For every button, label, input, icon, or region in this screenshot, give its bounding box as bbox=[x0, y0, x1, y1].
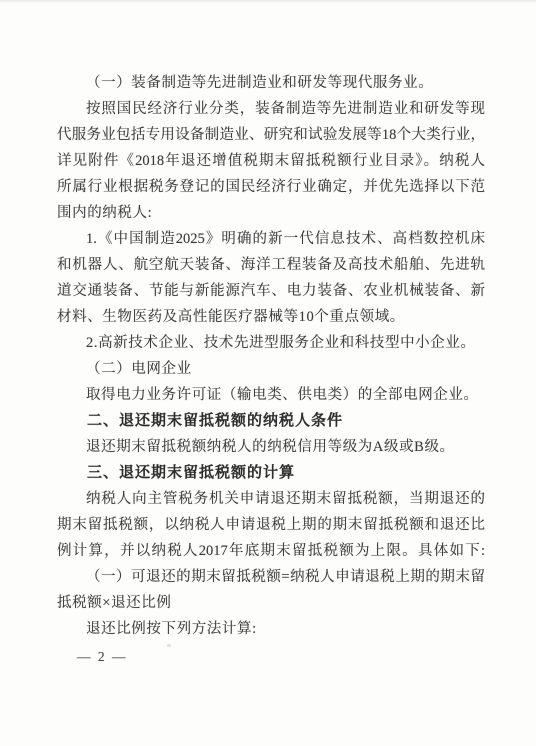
list-item-2: 2.高新技术企业、技术先进型服务企业和科技型中小企业。 bbox=[57, 330, 485, 356]
body-line: 取得电力业务许可证（输电类、供电类）的全部电网企业。 bbox=[57, 382, 485, 408]
page-number: — 2 — bbox=[77, 649, 485, 665]
scan-artifact-dot bbox=[167, 644, 171, 647]
body-line: 纳税人向主管税务机关申请退还期末留抵税额，当期退还的 bbox=[57, 486, 485, 512]
body-line: 退还期末留抵税额纳税人的纳税信用等级为A级或B级。 bbox=[57, 434, 485, 460]
subsection-1-title: （一）装备制造等先进制造业和研发等现代服务业。 bbox=[57, 70, 485, 96]
document-body: （一）装备制造等先进制造业和研发等现代服务业。 按照国民经济行业分类，装备制造等… bbox=[57, 70, 485, 665]
list-item-1: 1.《中国制造2025》明确的新一代信息技术、高档数控机床 bbox=[57, 226, 485, 252]
body-line: 围内的纳税人: bbox=[57, 200, 485, 226]
body-line: 所属行业根据税务登记的国民经济行业确定，并优先选择以下范 bbox=[57, 174, 485, 200]
document-page: （一）装备制造等先进制造业和研发等现代服务业。 按照国民经济行业分类，装备制造等… bbox=[0, 0, 536, 746]
body-line: 详见附件《2018年退还增值税期末留抵税额行业目录》。纳税人 bbox=[57, 148, 485, 174]
section-3-heading: 三、退还期末留抵税额的计算 bbox=[57, 460, 485, 486]
section-2-heading: 二、退还期末留抵税额的纳税人条件 bbox=[57, 408, 485, 434]
formula-line: （一）可退还的期末留抵税额=纳税人申请退税上期的期末留 bbox=[57, 564, 485, 590]
body-line: 退还比例按下列方法计算: bbox=[57, 616, 485, 642]
body-line: 代服务业包括专用设备制造业、研究和试验发展等18个大类行业， bbox=[57, 122, 485, 148]
body-line: 和机器人、航空航天装备、海洋工程装备及高技术船舶、先进轨 bbox=[57, 252, 485, 278]
body-line: 道交通装备、节能与新能源汽车、电力装备、农业机械装备、新 bbox=[57, 278, 485, 304]
body-line: 期末留抵税额，以纳税人申请退税上期的期末留抵税额和退还比 bbox=[57, 512, 485, 538]
body-line: 例计算，并以纳税人2017年底期末留抵税额为上限。具体如下: bbox=[57, 538, 485, 564]
subsection-2-title: （二）电网企业 bbox=[57, 356, 485, 382]
formula-line: 抵税额×退还比例 bbox=[57, 590, 485, 616]
body-line: 按照国民经济行业分类，装备制造等先进制造业和研发等现 bbox=[57, 96, 485, 122]
body-line: 材料、生物医药及高性能医疗器械等10个重点领域。 bbox=[57, 304, 485, 330]
